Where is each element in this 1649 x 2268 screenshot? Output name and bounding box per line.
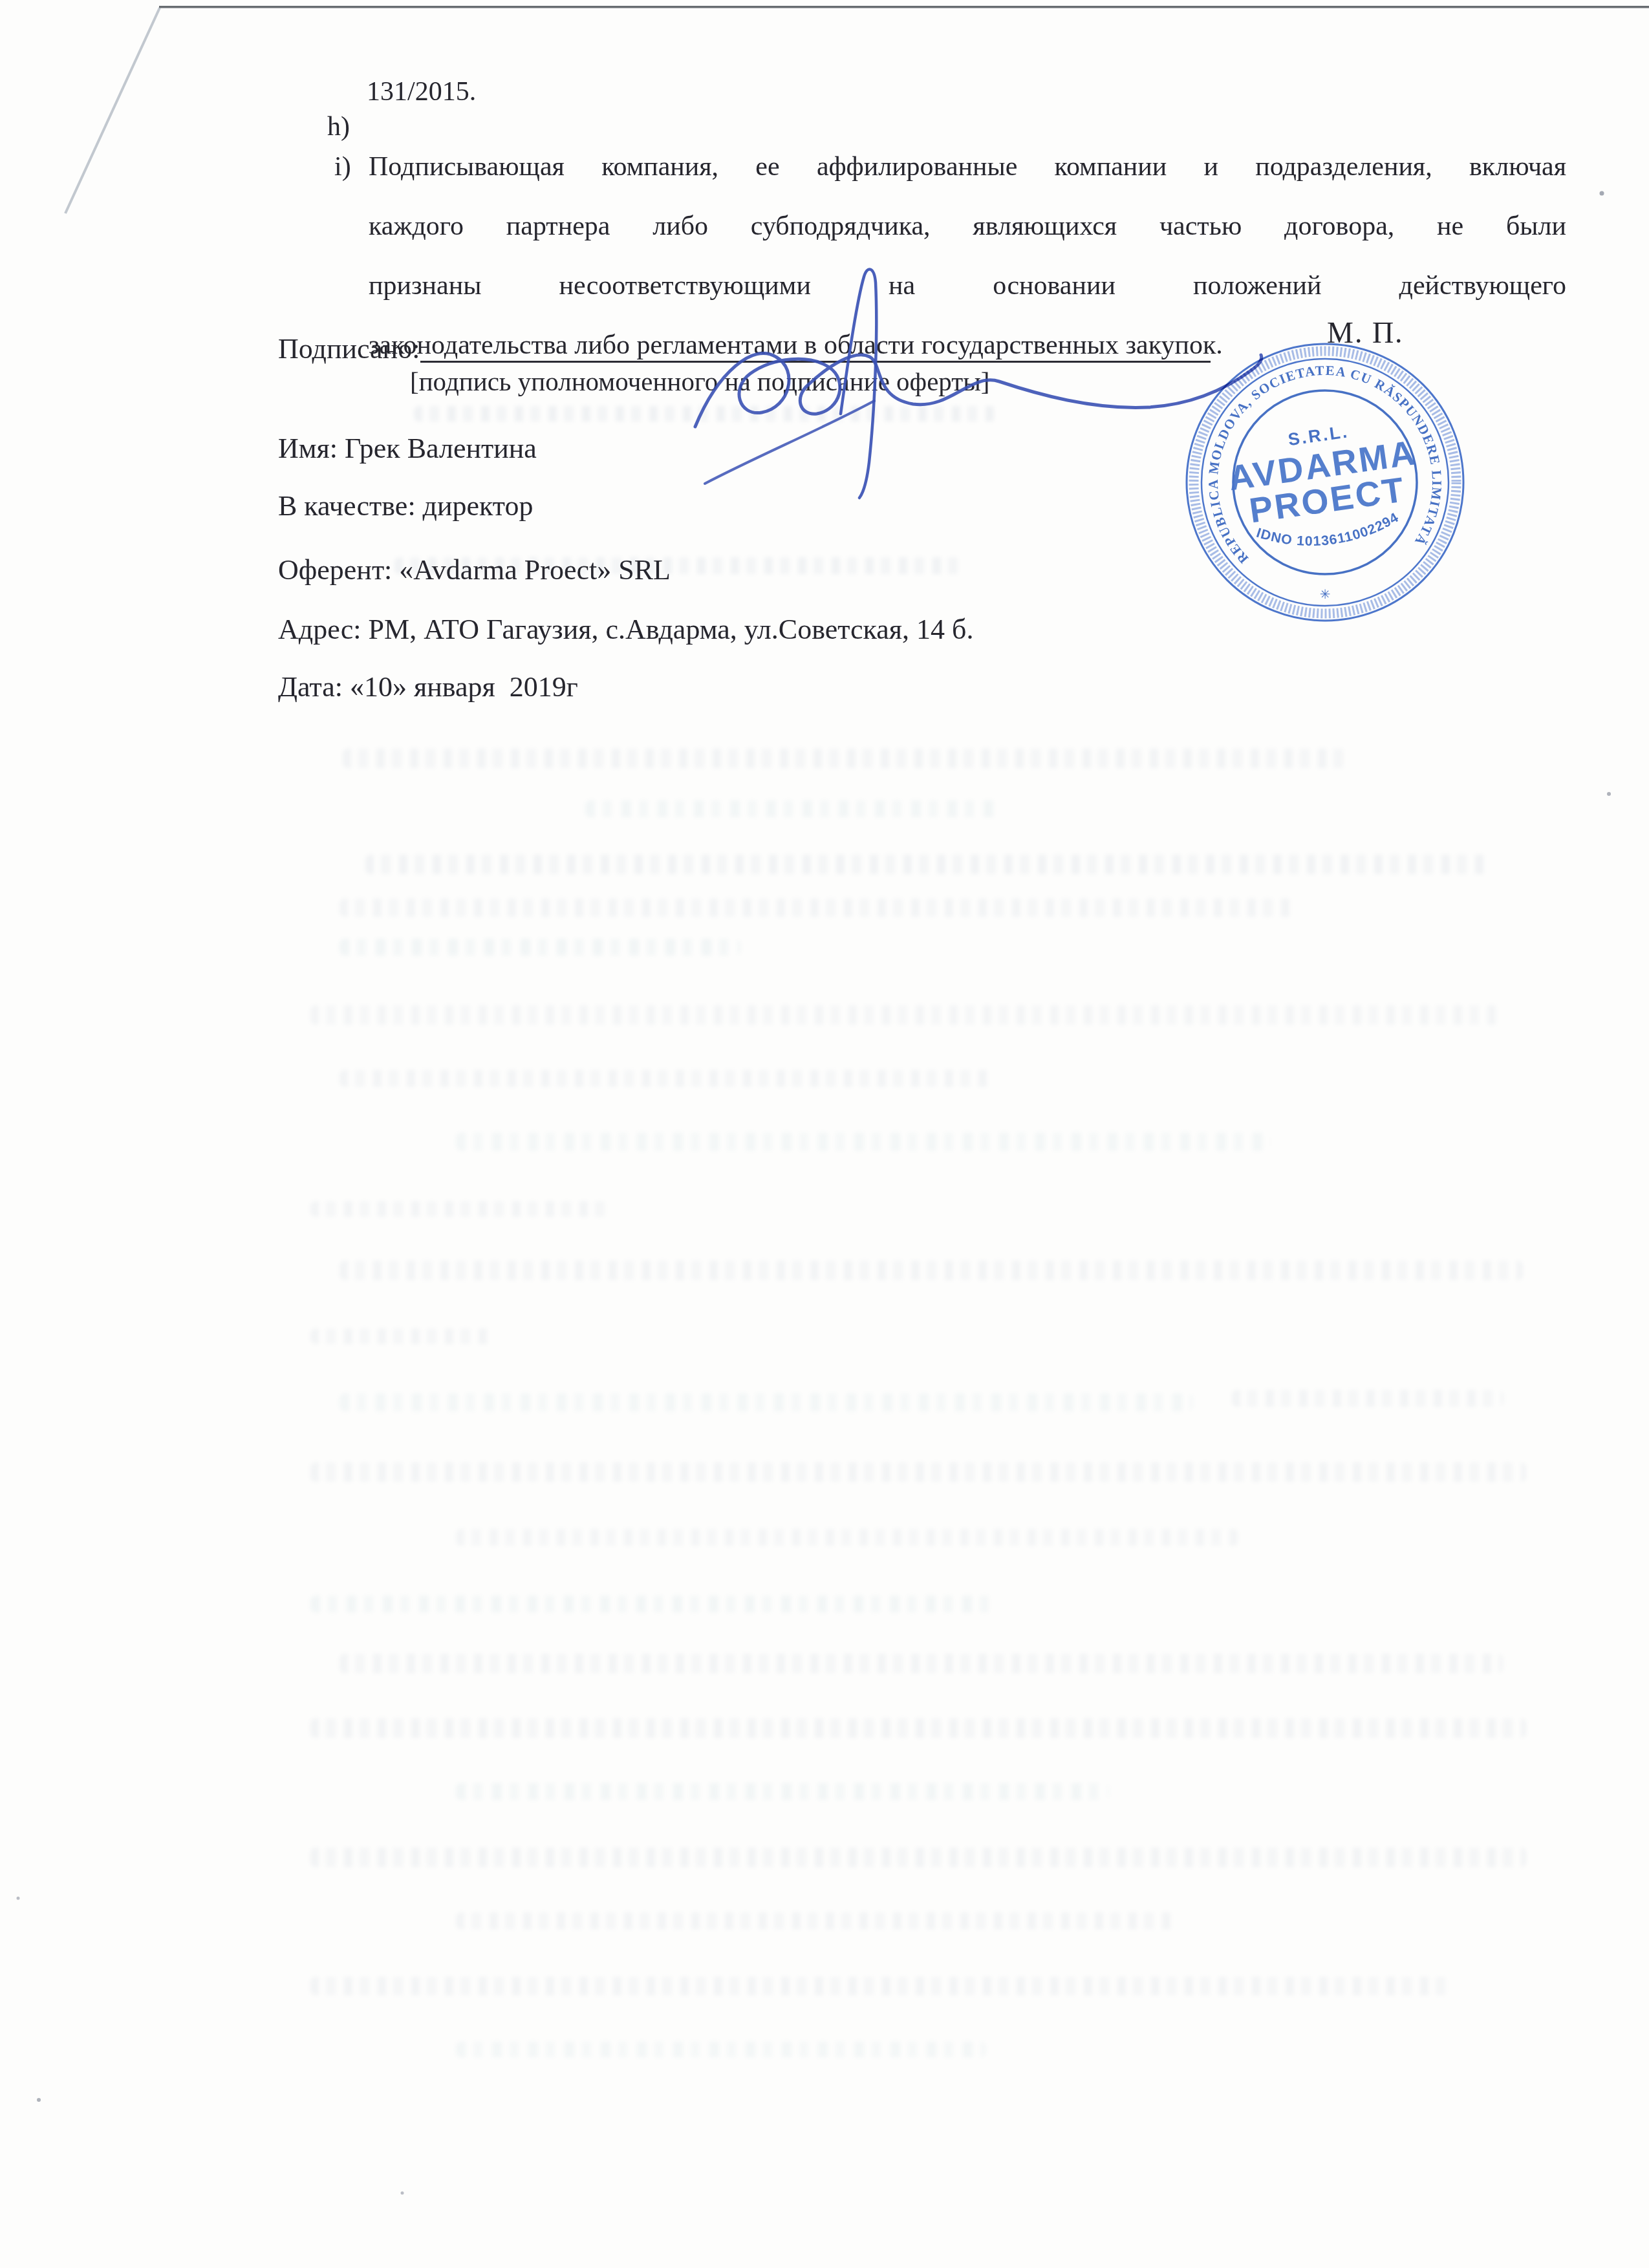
bleedthrough-smudge [456,1912,1174,1929]
signature-stroke [705,401,874,484]
bleedthrough-smudge [456,1783,1109,1800]
bleedthrough-smudge [310,1005,1500,1025]
page-top-edge [159,6,1649,8]
name-line: Имя: Грек Валентина [278,432,537,465]
capacity-line: В качестве: директор [278,489,533,522]
date-line: Дата: «10» января 2019г [278,670,578,703]
stamp-ring-star: ✳ [1320,588,1331,602]
case-number: 131/2015. [367,76,476,107]
paragraph-line: Подписывающая компания, ее аффилированны… [369,137,1566,197]
fold-crease-line [65,8,160,213]
bleedthrough-smudge [343,749,1352,768]
bleedthrough-smudge [365,855,1491,874]
bleedthrough-smudge [456,1133,1271,1151]
scan-speck [37,2098,41,2102]
bleedthrough-smudge [339,1070,993,1087]
bleedthrough-smudge [310,1462,1526,1482]
scan-speck [17,1897,20,1900]
bleedthrough-smudge [456,1529,1238,1546]
bleedthrough-smudge [310,1977,1449,1995]
scanned-page: 131/2015. h) i) Подписывающая компания, … [0,0,1649,2268]
scan-speck [401,2192,404,2195]
offeror-line: Оферент: «Avdarma Proect» SRL [278,553,671,586]
scan-speck [1607,792,1611,796]
bleedthrough-smudge [339,939,740,956]
bleedthrough-smudge [456,2042,986,2057]
company-stamp: REPUBLICA MOLDOVA, SOCIETATEA CU RĂSPUND… [1176,334,1474,631]
bleedthrough-smudge [1232,1390,1503,1407]
signed-label: Подписано: [278,332,420,365]
bleedthrough-smudge [339,899,1297,917]
bleedthrough-smudge [585,800,999,817]
bleedthrough-smudge [310,1596,996,1612]
signature-stroke [841,269,876,498]
bleedthrough-smudge [310,1718,1526,1738]
bleedthrough-smudge [339,1261,1523,1280]
address-line: Адрес: РМ, АТО Гагаузия, с.Авдарма, ул.С… [278,613,973,646]
bleedthrough-smudge [310,1329,491,1344]
bleedthrough-smudge [310,1201,608,1217]
bleedthrough-smudge [339,1393,1193,1411]
list-item-i-marker: i) [334,137,351,197]
bleedthrough-smudge [339,1654,1503,1673]
scan-speck [1600,191,1604,196]
bleedthrough-smudge [310,1848,1526,1867]
